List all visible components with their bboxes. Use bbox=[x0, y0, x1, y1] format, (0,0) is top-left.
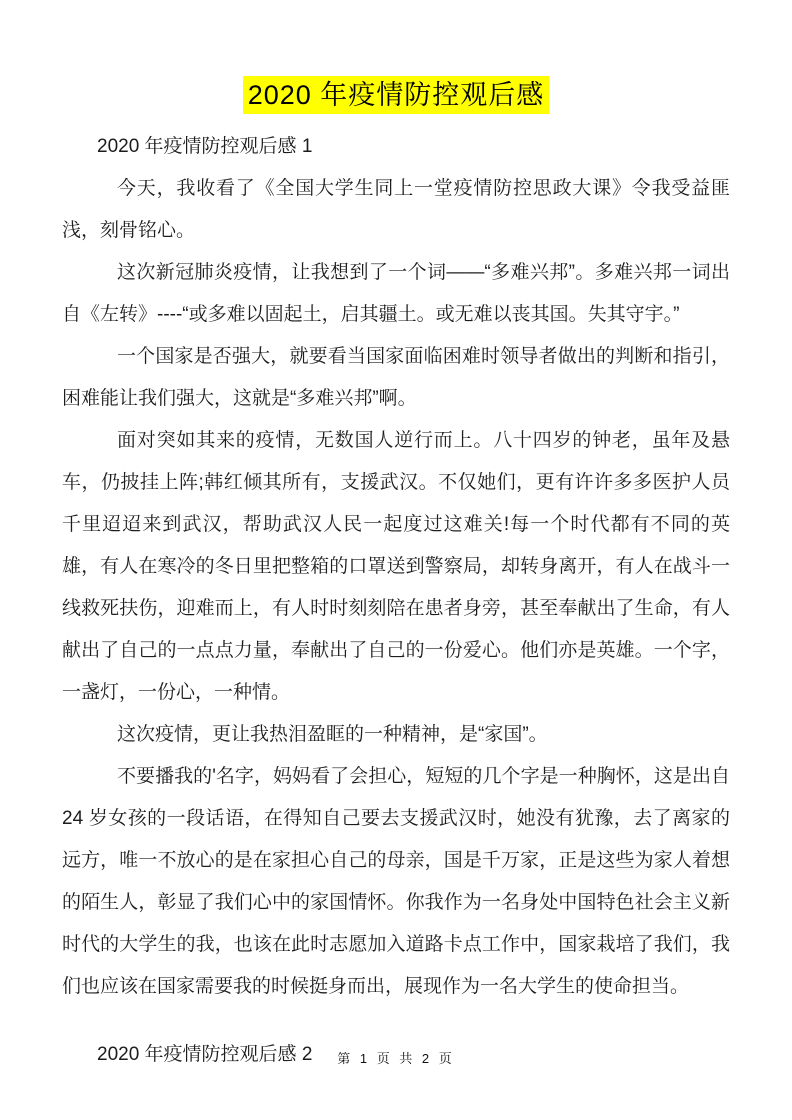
paragraph-4: 面对突如其来的疫情，无数国人逆行而上。八十四岁的钟老，虽年及悬车，仍披挂上阵;韩… bbox=[62, 420, 730, 714]
section-heading-1: 2020 年疫情防控观后感 1 bbox=[62, 126, 730, 168]
paragraph-2: 这次新冠肺炎疫情，让我想到了一个词——“多难兴邦”。多难兴邦一词出自《左转》--… bbox=[62, 252, 730, 336]
title-row: 2020 年疫情防控观后感 bbox=[62, 76, 730, 114]
paragraph-3: 一个国家是否强大，就要看当国家面临困难时领导者做出的判断和指引，困难能让我们强大… bbox=[62, 336, 730, 420]
paragraph-1: 今天，我收看了《全国大学生同上一堂疫情防控思政大课》令我受益匪浅，刻骨铭心。 bbox=[62, 168, 730, 252]
paragraph-5: 这次疫情，更让我热泪盈眶的一种精神，是“家国”。 bbox=[62, 714, 730, 756]
document-title-highlighted: 2020 年疫情防控观后感 bbox=[243, 76, 550, 114]
paragraph-6: 不要播我的'名字，妈妈看了会担心，短短的几个字是一种胸怀，这是出自 24 岁女孩… bbox=[62, 756, 730, 1008]
document-page: 2020 年疫情防控观后感 2020 年疫情防控观后感 1 今天，我收看了《全国… bbox=[0, 0, 792, 1120]
document-body: 2020 年疫情防控观后感 1 今天，我收看了《全国大学生同上一堂疫情防控思政大… bbox=[62, 126, 730, 1076]
page-number-footer: 第 1 页 共 2 页 bbox=[0, 1048, 792, 1067]
